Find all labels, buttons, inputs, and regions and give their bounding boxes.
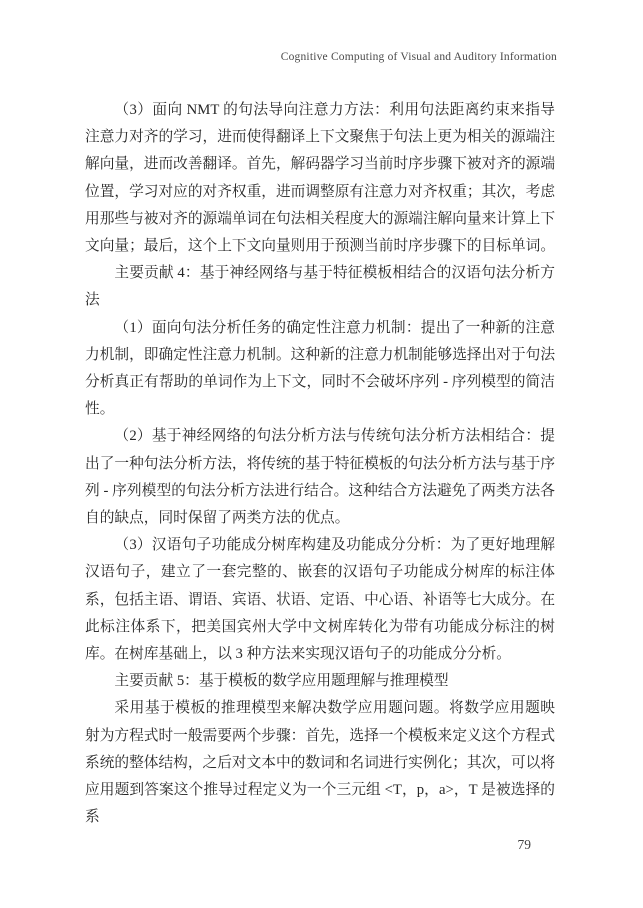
contribution-5-heading: 主要贡献 5：基于模板的数学应用题理解与推理模型	[85, 668, 555, 695]
running-header: Cognitive Computing of Visual and Audito…	[85, 51, 557, 63]
body-paragraph-math-word-problems: 采用基于模板的推理模型来解决数学应用题问题。将数学应用题映射为方程式时一般需要两…	[85, 695, 555, 831]
thesis-page: Cognitive Computing of Visual and Audito…	[0, 0, 643, 908]
body-paragraph-item1-attention: （1）面向句法分析任务的确定性注意力机制：提出了一种新的注意力机制，即确定性注意…	[85, 315, 555, 424]
contribution-4-heading: 主要贡献 4：基于神经网络与基于特征模板相结合的汉语句法分析方法	[85, 260, 555, 314]
body-paragraph-item3-treebank: （3）汉语句子功能成分树库构建及功能成分分析：为了更好地理解汉语句子，建立了一套…	[85, 532, 555, 668]
body-text-block: （3）面向 NMT 的句法导向注意力方法：利用句法距离约束来指导注意力对齐的学习…	[85, 97, 555, 831]
body-paragraph-item2-combination: （2）基于神经网络的句法分析方法与传统句法分析方法相结合：提出了一种句法分析方法…	[85, 423, 555, 532]
page-number: 79	[85, 837, 531, 853]
body-paragraph-contribution3-nmt: （3）面向 NMT 的句法导向注意力方法：利用句法距离约束来指导注意力对齐的学习…	[85, 97, 555, 260]
